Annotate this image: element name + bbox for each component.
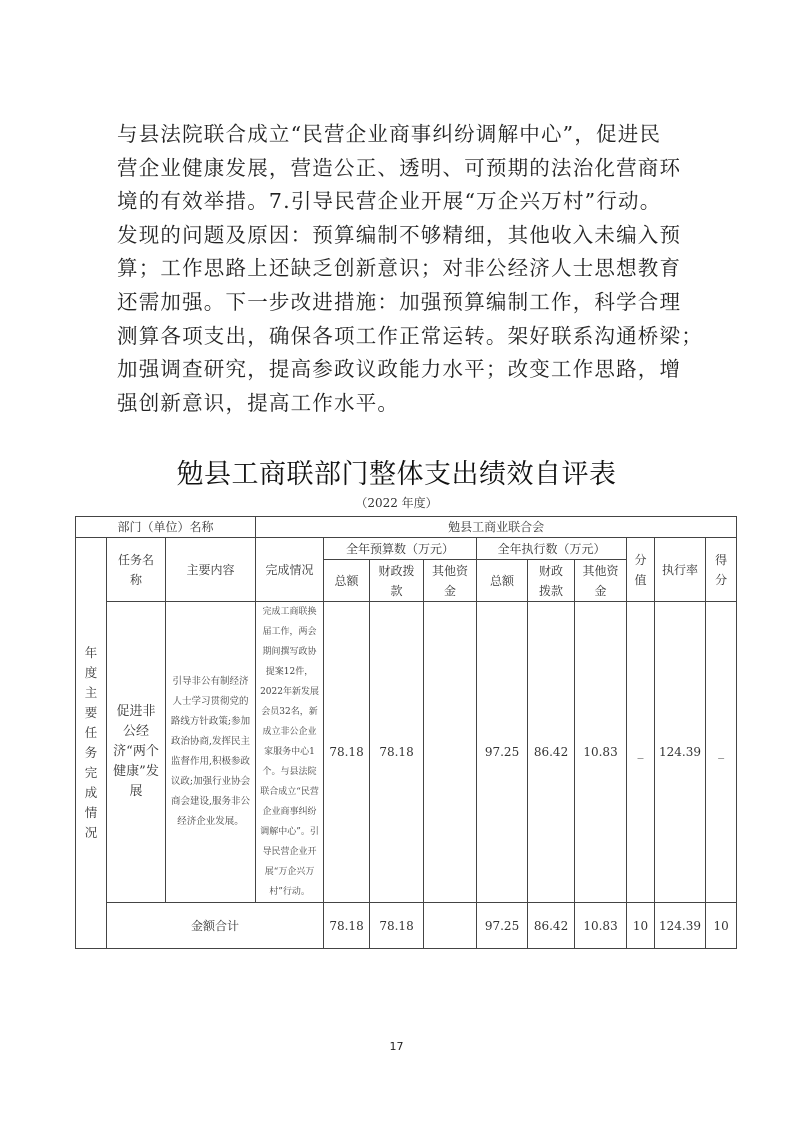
performance-evaluation-table: 部门（单位）名称 勉县工商业联合会 年度主要任务完成情况 任务名称 主要内容 完…	[75, 516, 737, 949]
header-score-value: 分值	[627, 538, 655, 602]
body-line: 境的有效举措。7.引导民营企业开展“万企兴万村”行动。	[117, 185, 682, 219]
header-score: 得分	[706, 538, 737, 602]
table-title: 勉县工商联部门整体支出绩效自评表	[0, 452, 793, 491]
page-number: 17	[0, 1040, 793, 1053]
header-exec-fiscal: 财政拨款	[528, 560, 575, 602]
task-name-text: 促进非公经济“两个健康”发展	[111, 702, 161, 802]
budget-other-cell	[424, 602, 477, 903]
total-score-value: 10	[627, 903, 655, 949]
header-exec-group: 全年执行数（万元）	[477, 538, 627, 560]
total-exec-fiscal: 86.42	[528, 903, 575, 949]
task-name-cell: 促进非公经济“两个健康”发展	[107, 602, 166, 903]
total-row: 金额合计 78.18 78.18 97.25 86.42 10.83 10 12…	[76, 903, 737, 949]
header-budget-group: 全年预算数（万元）	[324, 538, 477, 560]
header-budget-total: 总额	[324, 560, 370, 602]
total-exec-other: 10.83	[575, 903, 627, 949]
exec-total-cell: 97.25	[477, 602, 528, 903]
body-line: 测算各项支出，确保各项工作正常运转。架好联系沟通桥梁；	[117, 320, 682, 354]
exec-fiscal-cell: 86.42	[528, 602, 575, 903]
main-content-cell: 引导非公有制经济人士学习贯彻党的路线方针政策;参加政治协商,发挥民主监督作用,积…	[166, 602, 256, 903]
header-budget-other-text: 其他资金	[430, 561, 470, 601]
header-exec-total: 总额	[477, 560, 528, 602]
total-score: 10	[706, 903, 737, 949]
body-line: 算；工作思路上还缺乏创新意识；对非公经济人士思想教育	[117, 252, 682, 286]
side-label-text: 年度主要任务完成情况	[84, 643, 98, 843]
body-line: 还需加强。下一步改进措施：加强预算编制工作，科学合理	[117, 286, 682, 320]
dept-row: 部门（单位）名称 勉县工商业联合会	[76, 517, 737, 538]
header-score-value-text: 分值	[634, 550, 648, 590]
total-label: 金额合计	[107, 903, 324, 949]
header-row-1: 年度主要任务完成情况 任务名称 主要内容 完成情况 全年预算数（万元） 全年执行…	[76, 538, 737, 560]
header-exec-other-text: 其他资金	[581, 561, 621, 601]
header-score-text: 得分	[714, 550, 728, 590]
total-budget-total: 78.18	[324, 903, 370, 949]
table-subtitle: （2022 年度）	[0, 494, 793, 511]
completion-cell: 完成工商联换届工作，两会期间撰写政协提案12件，2022年新发展会员32名，新成…	[256, 602, 324, 903]
header-completion: 完成情况	[256, 538, 324, 602]
header-exec-fiscal-text: 财政拨款	[538, 561, 565, 601]
table-row: 促进非公经济“两个健康”发展 引导非公有制经济人士学习贯彻党的路线方针政策;参加…	[76, 602, 737, 903]
header-budget-other: 其他资金	[424, 560, 477, 602]
body-line: 加强调查研究，提高参政议政能力水平；改变工作思路，增	[117, 353, 682, 387]
body-line: 与县法院联合成立“民营企业商事纠纷调解中心”，促进民	[117, 118, 682, 152]
header-budget-fiscal: 财政拨款	[370, 560, 424, 602]
exec-rate-cell: 124.39	[655, 602, 706, 903]
header-exec-rate: 执行率	[655, 538, 706, 602]
header-exec-other: 其他资金	[575, 560, 627, 602]
total-budget-other	[424, 903, 477, 949]
side-label: 年度主要任务完成情况	[76, 538, 107, 949]
score-cell: _	[706, 602, 737, 903]
body-paragraph: 与县法院联合成立“民营企业商事纠纷调解中心”，促进民 营企业健康发展，营造公正、…	[117, 118, 682, 420]
body-line: 发现的问题及原因：预算编制不够精细，其他收入未编入预	[117, 219, 682, 253]
total-exec-total: 97.25	[477, 903, 528, 949]
header-main-content: 主要内容	[166, 538, 256, 602]
header-budget-fiscal-text: 财政拨款	[377, 561, 417, 601]
total-budget-fiscal: 78.18	[370, 903, 424, 949]
dept-value: 勉县工商业联合会	[256, 517, 737, 538]
total-exec-rate: 124.39	[655, 903, 706, 949]
dept-label: 部门（单位）名称	[76, 517, 256, 538]
body-line: 强创新意识，提高工作水平。	[117, 387, 682, 421]
budget-fiscal-cell: 78.18	[370, 602, 424, 903]
budget-total-cell: 78.18	[324, 602, 370, 903]
header-task-name: 任务名称	[107, 538, 166, 602]
exec-other-cell: 10.83	[575, 602, 627, 903]
body-line: 营企业健康发展，营造公正、透明、可预期的法治化营商环	[117, 152, 682, 186]
header-task-name-text: 任务名称	[115, 550, 157, 590]
score-value-cell: _	[627, 602, 655, 903]
